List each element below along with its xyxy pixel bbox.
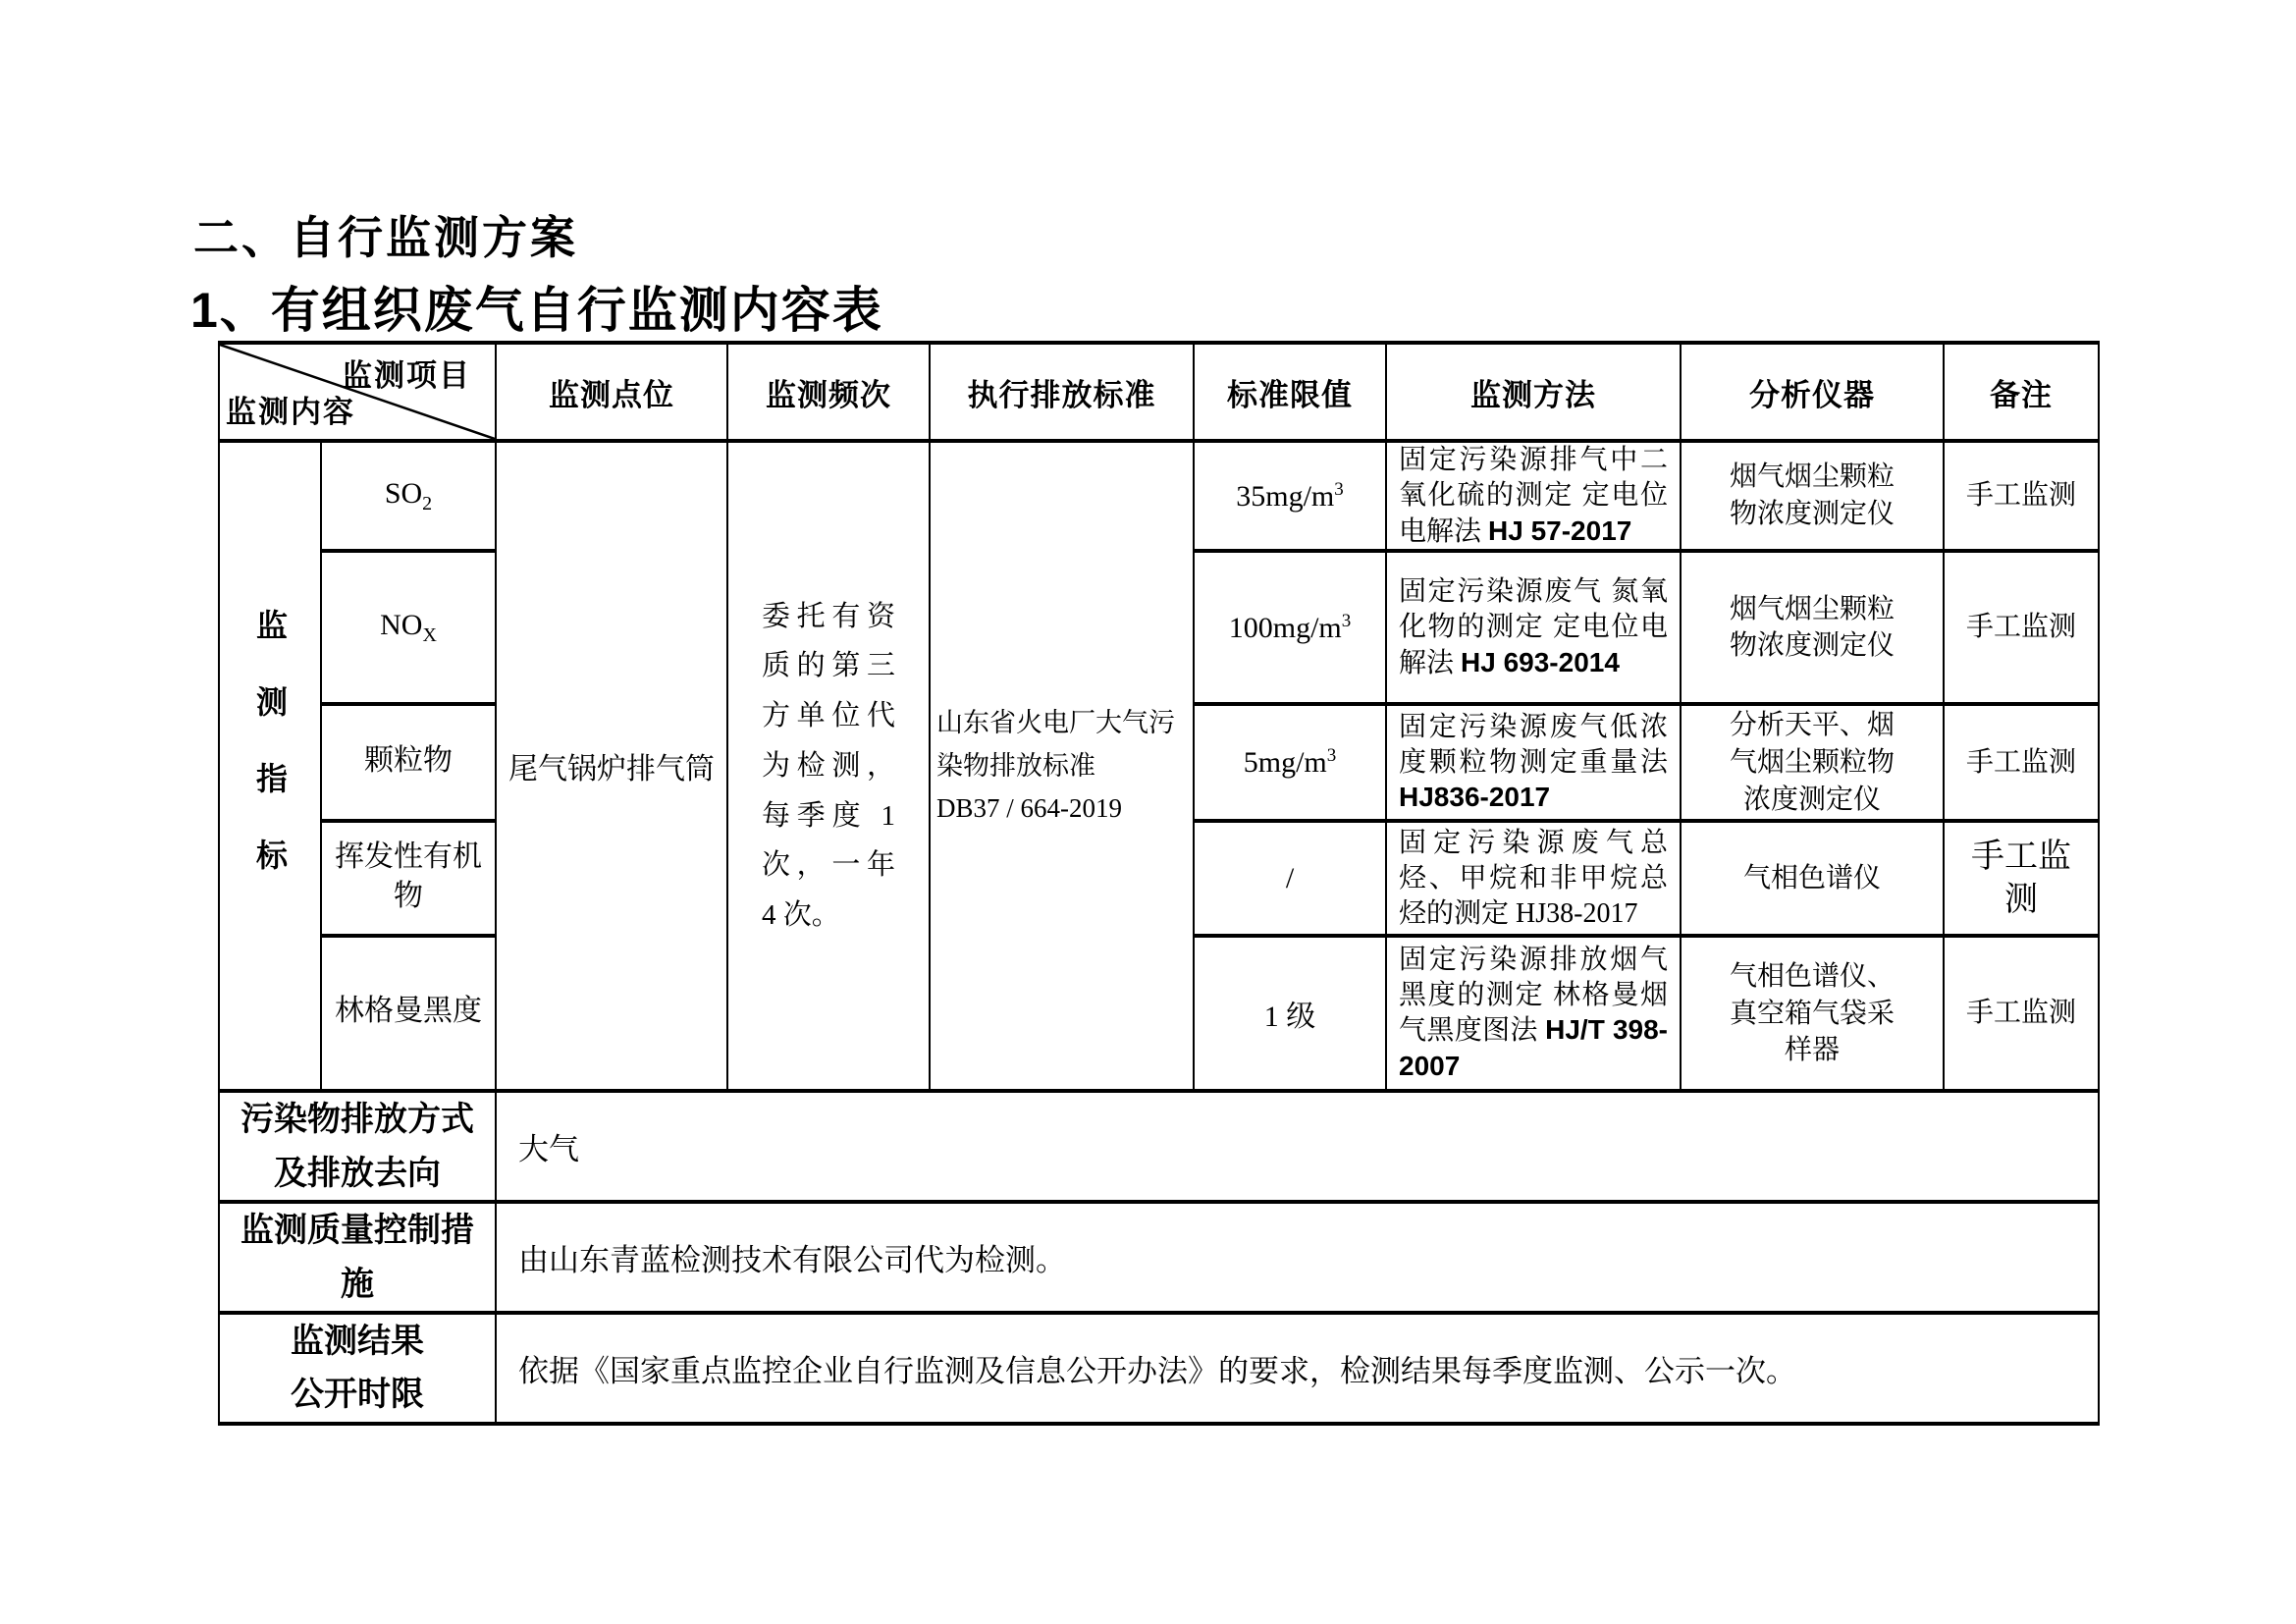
limit-ringelmann: 1 级	[1194, 936, 1386, 1091]
pollutant-ringelmann: 林格曼黑度	[321, 936, 496, 1091]
quality-control-value: 由山东青蓝检测技术有限公司代为检测。	[496, 1202, 2099, 1313]
instrument-particulate: 分析天平、烟气烟尘颗粒物浓度测定仪	[1681, 704, 1944, 821]
indicator-group-cell: 监测指标	[219, 441, 321, 1091]
monitoring-table: 监测项目 监测内容 监测点位 监测频次 执行排放标准 标准限值 监测方法 分析仪…	[218, 341, 2100, 1426]
pollutant-voc: 挥发性有机物	[321, 821, 496, 936]
limit-nox: 100mg/m3	[1194, 551, 1386, 704]
instrument-voc: 气相色谱仪	[1681, 821, 1944, 936]
instrument-nox: 烟气烟尘颗粒物浓度测定仪	[1681, 551, 1944, 704]
indicator-group-label: 监测指标	[247, 609, 293, 915]
method-so2: 固定污染源排气中二氧化硫的测定 定电位电解法 HJ 57-2017	[1386, 441, 1681, 551]
document-page: 二、自行监测方案 1、有组织废气自行监测内容表 监测项目 监测内容 监测点位 监…	[0, 0, 2296, 1624]
method-particulate: 固定污染源废气低浓度颗粒物测定重量法 HJ836-2017	[1386, 704, 1681, 821]
table-row-discharge-mode: 污染物排放方式 及排放去向 大气	[219, 1091, 2099, 1202]
limit-particulate: 5mg/m3	[1194, 704, 1386, 821]
header-cell-note: 备注	[1944, 343, 2099, 441]
note-so2: 手工监测	[1944, 441, 2099, 551]
instrument-ringelmann: 气相色谱仪、真空箱气袋采样器	[1681, 936, 1944, 1091]
note-voc: 手工监测	[1944, 821, 2099, 936]
table-row-result-publication: 监测结果 公开时限 依据《国家重点监控企业自行监测及信息公开办法》的要求，检测结…	[219, 1313, 2099, 1424]
limit-so2: 35mg/m3	[1194, 441, 1386, 551]
result-publication-label: 监测结果 公开时限	[219, 1313, 496, 1424]
pollutant-particulate: 颗粒物	[321, 704, 496, 821]
table-row-quality-control: 监测质量控制措 施 由山东青蓝检测技术有限公司代为检测。	[219, 1202, 2099, 1313]
method-voc: 固定污染源废气总烃、甲烷和非甲烷总烃的测定 HJ38-2017	[1386, 821, 1681, 936]
quality-control-label: 监测质量控制措 施	[219, 1202, 496, 1313]
pollutant-so2: SO2	[321, 441, 496, 551]
limit-voc: /	[1194, 821, 1386, 936]
monitoring-point-cell: 尾气锅炉排气筒	[496, 441, 727, 1091]
table-header-row: 监测项目 监测内容 监测点位 监测频次 执行排放标准 标准限值 监测方法 分析仪…	[219, 343, 2099, 441]
header-cell-instrument: 分析仪器	[1681, 343, 1944, 441]
emission-standard-cell: 山东省火电厂大气污 染物排放标准 DB37 / 664-2019	[930, 441, 1194, 1091]
note-ringelmann: 手工监测	[1944, 936, 2099, 1091]
method-nox: 固定污染源废气 氮氧化物的测定 定电位电解法 HJ 693-2014	[1386, 551, 1681, 704]
table-row-so2: 监测指标 SO2 尾气锅炉排气筒 委托有资质的第三方单位代为检测，每季度 1 次…	[219, 441, 2099, 551]
note-nox: 手工监测	[1944, 551, 2099, 704]
header-cell-method: 监测方法	[1386, 343, 1681, 441]
header-cell-point: 监测点位	[496, 343, 727, 441]
instrument-so2: 烟气烟尘颗粒物浓度测定仪	[1681, 441, 1944, 551]
discharge-mode-label: 污染物排放方式 及排放去向	[219, 1091, 496, 1202]
pollutant-nox: NOX	[321, 551, 496, 704]
header-cell-limit: 标准限值	[1194, 343, 1386, 441]
section-title: 二、自行监测方案	[193, 202, 578, 267]
header-monitoring-item-label: 监测项目	[342, 351, 471, 395]
table-title: 1、有组织废气自行监测内容表	[190, 271, 883, 342]
header-corner-cell: 监测项目 监测内容	[219, 343, 496, 441]
header-cell-frequency: 监测频次	[727, 343, 930, 441]
result-publication-value: 依据《国家重点监控企业自行监测及信息公开办法》的要求，检测结果每季度监测、公示一…	[496, 1313, 2099, 1424]
discharge-mode-value: 大气	[496, 1091, 2099, 1202]
header-cell-standard: 执行排放标准	[930, 343, 1194, 441]
monitoring-frequency-cell: 委托有资质的第三方单位代为检测，每季度 1 次，一年 4 次。	[727, 441, 930, 1091]
note-particulate: 手工监测	[1944, 704, 2099, 821]
method-ringelmann: 固定污染源排放烟气黑度的测定 林格曼烟气黑度图法 HJ/T 398-2007	[1386, 936, 1681, 1091]
header-monitoring-content-label: 监测内容	[226, 387, 355, 431]
